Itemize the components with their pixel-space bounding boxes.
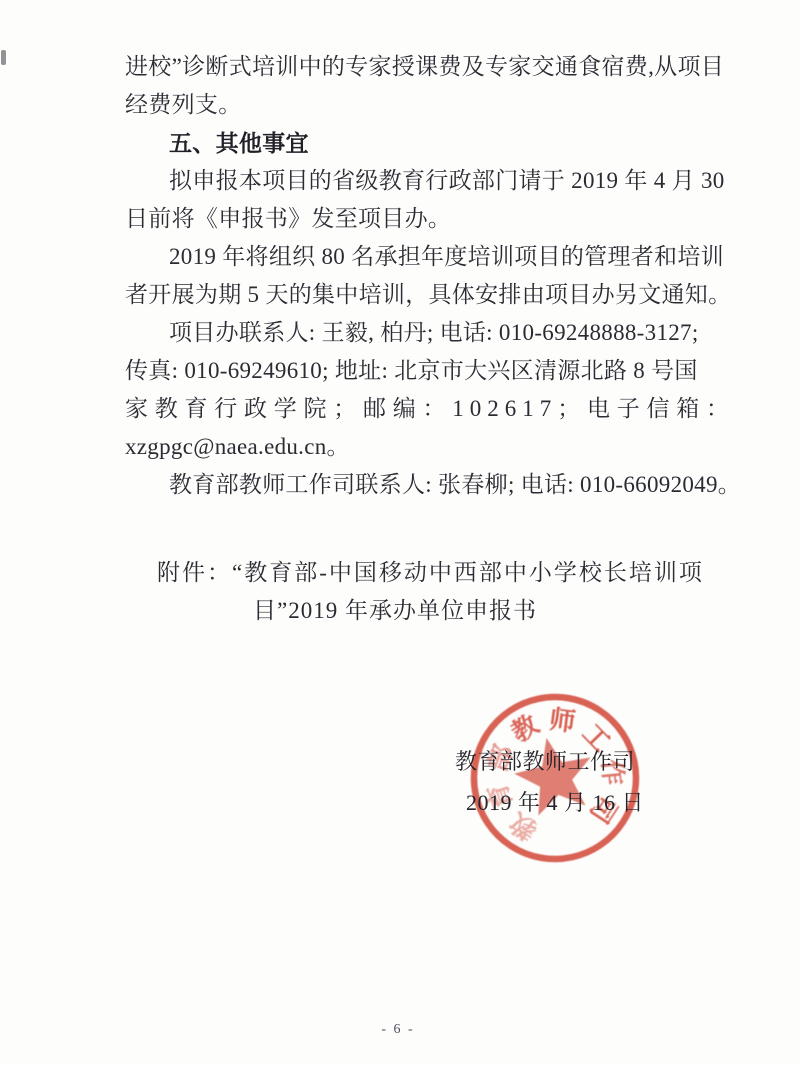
body-line-contact: 传真: 010-69249610; 地址: 北京市大兴区清源北路 8 号国 <box>125 352 735 390</box>
body-line: 进校”诊断式培训中的专家授课费及专家交通食宿费,从项目 <box>125 48 735 86</box>
signature-date: 2019 年 4 月 16 日 <box>466 789 644 817</box>
document-body: 进校”诊断式培训中的专家授课费及专家交通食宿费,从项目 经费列支。 五、其他事宜… <box>125 48 735 504</box>
body-line-contact: 项目办联系人: 王毅, 柏丹; 电话: 010-69248888-3127; <box>125 314 735 352</box>
attachment-line: 附件：“教育部-中国移动中西部中小学校长培训项 <box>125 554 745 592</box>
body-line: 经费列支。 <box>125 86 735 124</box>
body-line: 2019 年将组织 80 名承担年度培训项目的管理者和培训 <box>125 238 735 276</box>
seal-char: 师 <box>548 705 577 737</box>
body-line: 拟申报本项目的省级教育行政部门请于 2019 年 4 月 30 <box>125 162 735 200</box>
body-line: 日前将《申报书》发至项目办。 <box>125 200 735 238</box>
body-line: 者开展为期 5 天的集中培训，具体安排由项目办另文通知。 <box>125 276 735 314</box>
attachment-line: 目”2019 年承办单位申报书 <box>125 592 745 630</box>
official-seal: 教 育 部 教 师 工 作 司 <box>460 683 650 873</box>
document-page: 进校”诊断式培训中的专家授课费及专家交通食宿费,从项目 经费列支。 五、其他事宜… <box>0 0 800 1065</box>
signature-org: 教育部教师工作司 <box>455 748 635 776</box>
scan-artifact <box>1 50 6 65</box>
body-line-contact: 家教育行政学院；邮编：102617；电子信箱： <box>125 390 735 428</box>
seal-char: 教 <box>506 709 544 748</box>
body-line-contact: 教育部教师工作司联系人: 张春柳; 电话: 010-66092049。 <box>125 466 735 504</box>
section-heading: 五、其他事宜 <box>125 124 735 162</box>
attachment-block: 附件：“教育部-中国移动中西部中小学校长培训项 目”2019 年承办单位申报书 <box>125 554 745 630</box>
page-number: - 6 - <box>358 1022 438 1038</box>
body-line-email: xzgpgc@naea.edu.cn。 <box>125 428 735 466</box>
